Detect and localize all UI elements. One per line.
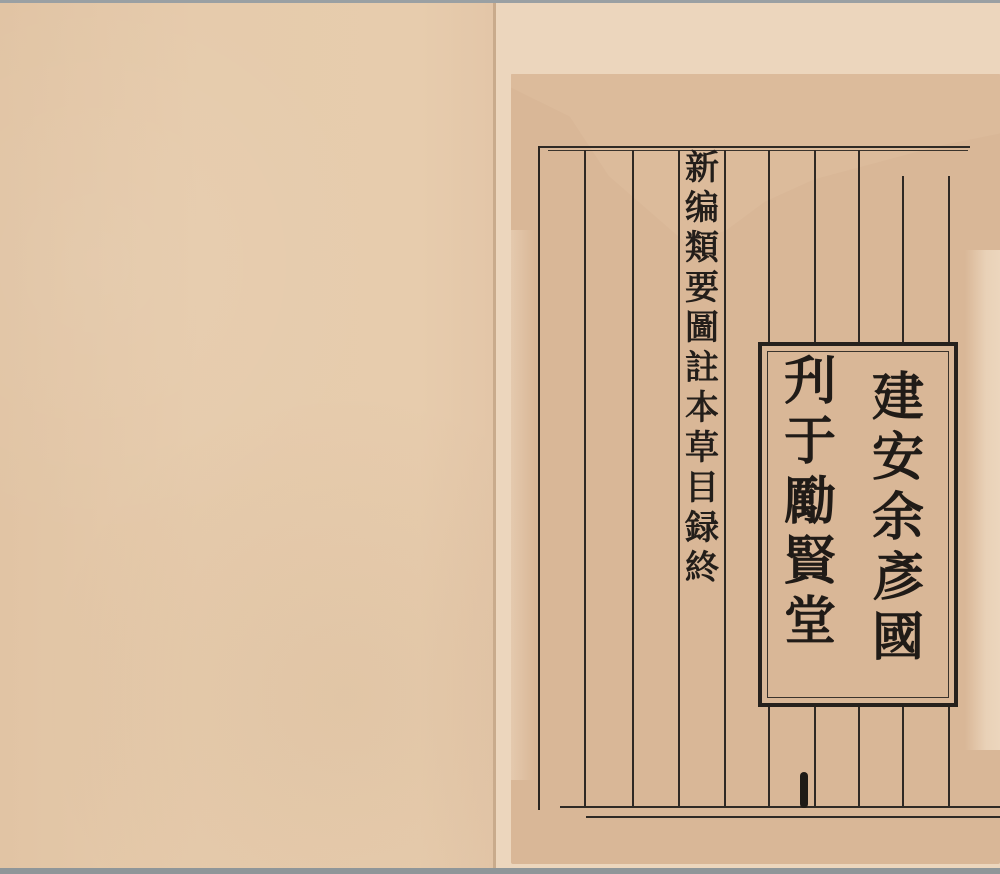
paper-wear-left (511, 230, 535, 780)
title-char: 本 (685, 388, 719, 428)
colophon-char: 建 (872, 368, 924, 428)
frame-bottom-rule-outer (586, 816, 1000, 818)
title-char: 编 (685, 188, 719, 228)
column-rule (584, 150, 586, 806)
title-char: 目 (685, 468, 719, 508)
colophon-char: 安 (872, 428, 924, 488)
title-char: 終 (685, 548, 719, 588)
scan-bottom-edge (0, 868, 1000, 874)
colophon-char: 余 (872, 488, 924, 548)
colophon-char: 于 (784, 412, 836, 472)
title-char: 録 (685, 508, 719, 548)
frame-bottom-rule (560, 806, 1000, 808)
colophon-char: 勵 (784, 472, 836, 532)
publisher-colophon-cartouche: 建 安 余 彥 國 刋 于 勵 賢 堂 (758, 342, 958, 707)
title-char: 草 (685, 428, 719, 468)
frame-top-rule (538, 146, 970, 148)
colophon-char: 賢 (784, 532, 836, 592)
table-of-contents-end-title: 新 编 類 要 圖 註 本 草 目 録 終 (678, 148, 726, 608)
colophon-char: 刋 (784, 352, 836, 412)
frame-top-rule-inner (548, 150, 968, 151)
ink-blot-mark (800, 772, 808, 808)
colophon-publisher-column: 建 安 余 彥 國 (862, 368, 934, 668)
colophon-char: 國 (872, 608, 924, 668)
colophon-char: 彥 (872, 548, 924, 608)
frame-left-rule (538, 146, 540, 810)
colophon-char: 堂 (784, 592, 836, 652)
colophon-hall-column: 刋 于 勵 賢 堂 (774, 352, 846, 652)
title-char: 圖 (685, 308, 719, 348)
blank-left-page (0, 3, 493, 871)
title-char: 註 (685, 348, 719, 388)
title-char: 要 (685, 268, 719, 308)
title-char: 新 (685, 148, 719, 188)
paper-wear-right (965, 250, 1000, 750)
title-char: 類 (685, 228, 719, 268)
column-rule (632, 150, 634, 806)
